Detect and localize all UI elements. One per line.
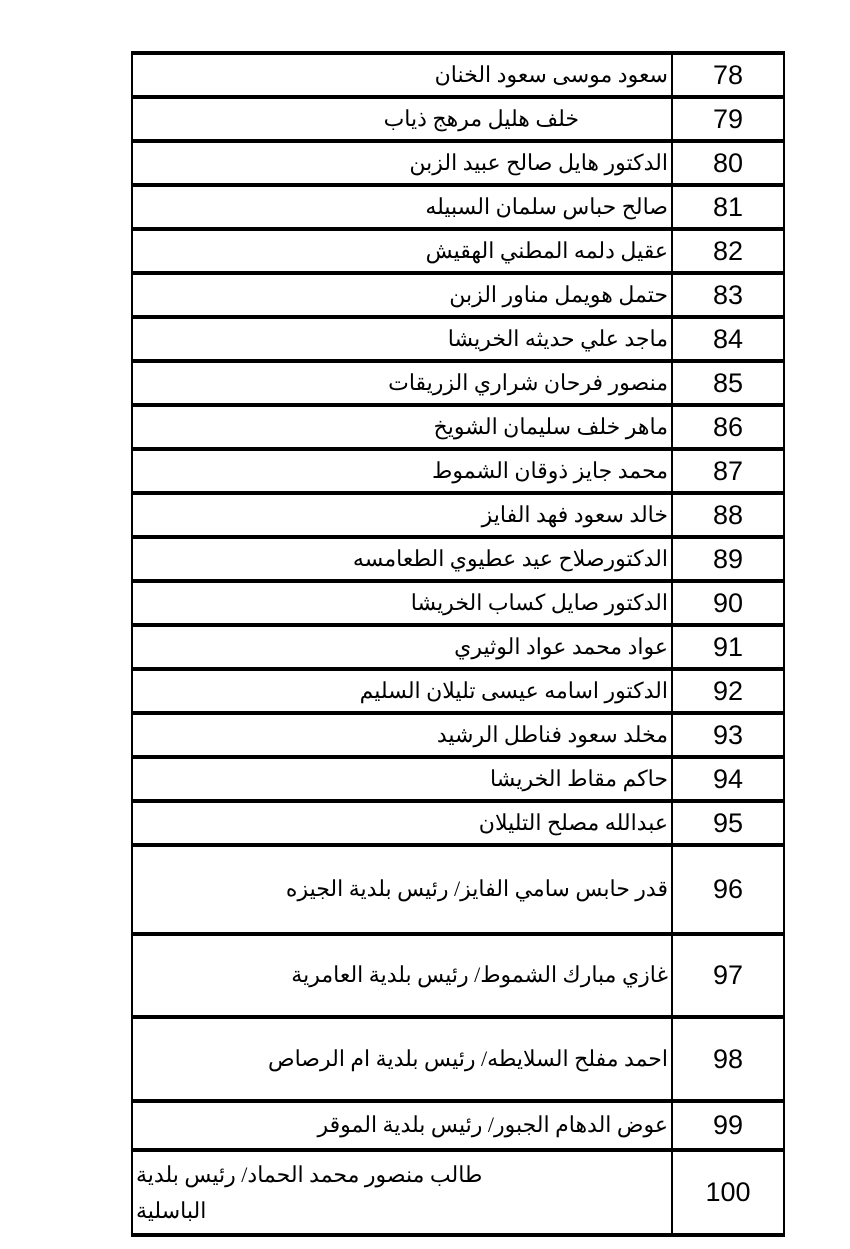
name-cell: طالب منصور محمد الحماد/ رئيس بلدية الباس… (133, 1150, 671, 1235)
name-cell: خالد سعود فهد الفايز (133, 493, 671, 537)
serial-number-cell: 92 (671, 669, 783, 713)
table-row: 100 طالب منصور محمد الحماد/ رئيس بلدية ا… (133, 1150, 783, 1235)
serial-number-cell: 89 (671, 537, 783, 581)
name-cell: صالح حباس سلمان السبيله (133, 185, 671, 229)
table-row: 97 غازي مبارك الشموط/ رئيس بلدية العامري… (133, 934, 783, 1017)
table-row: 99 عوض الدهام الجبور/ رئيس بلدية الموقر (133, 1101, 783, 1150)
table-row: 81 صالح حباس سلمان السبيله (133, 185, 783, 229)
serial-number-cell: 88 (671, 493, 783, 537)
table-row: 98 احمد مفلح السلايطه/ رئيس بلدية ام الر… (133, 1017, 783, 1101)
table-row: 80 الدكتور هايل صالح عبيد الزبن (133, 141, 783, 185)
name-cell: حاكم مقاط الخريشا (133, 757, 671, 801)
table-row: 93 مخلد سعود فناطل الرشيد (133, 713, 783, 757)
serial-number-cell: 95 (671, 801, 783, 845)
serial-number-cell: 80 (671, 141, 783, 185)
table-row: 90 الدكتور صايل كساب الخريشا (133, 581, 783, 625)
serial-number-cell: 87 (671, 449, 783, 493)
table-row: 89 الدكتورصلاح عيد عطيوي الطعامسه (133, 537, 783, 581)
table-row: 78 سعود موسى سعود الخنان (133, 53, 783, 97)
name-cell: ماهر خلف سليمان الشويخ (133, 405, 671, 449)
serial-number-cell: 78 (671, 53, 783, 97)
serial-number-cell: 99 (671, 1101, 783, 1150)
name-cell: الدكتور صايل كساب الخريشا (133, 581, 671, 625)
table-row: 88 خالد سعود فهد الفايز (133, 493, 783, 537)
serial-number-cell: 96 (671, 845, 783, 934)
table-row: 91 عواد محمد عواد الوثيري (133, 625, 783, 669)
name-cell: احمد مفلح السلايطه/ رئيس بلدية ام الرصاص (133, 1017, 671, 1101)
table-row: 92 الدكتور اسامه عيسى تليلان السليم (133, 669, 783, 713)
serial-number-cell: 91 (671, 625, 783, 669)
name-cell: قدر حابس سامي الفايز/ رئيس بلدية الجيزه (133, 845, 671, 934)
serial-number-cell: 90 (671, 581, 783, 625)
serial-number-cell: 97 (671, 934, 783, 1017)
name-cell: سعود موسى سعود الخنان (133, 53, 671, 97)
table-row: 79 خلف هليل مرهج ذياب (133, 97, 783, 141)
table-row: 82 عقيل دلمه المطني الهقيش (133, 229, 783, 273)
table-row: 84 ماجد علي حديثه الخريشا (133, 317, 783, 361)
serial-number-cell: 94 (671, 757, 783, 801)
name-cell: مخلد سعود فناطل الرشيد (133, 713, 671, 757)
name-cell: ماجد علي حديثه الخريشا (133, 317, 671, 361)
name-cell: الدكتورصلاح عيد عطيوي الطعامسه (133, 537, 671, 581)
table-row: 87 محمد جايز ذوقان الشموط (133, 449, 783, 493)
document-page: 78 سعود موسى سعود الخنان 79 خلف هليل مره… (0, 0, 850, 1249)
table-row: 96 قدر حابس سامي الفايز/ رئيس بلدية الجي… (133, 845, 783, 934)
name-cell: منصور فرحان شراري الزريقات (133, 361, 671, 405)
table-row: 94 حاكم مقاط الخريشا (133, 757, 783, 801)
names-table-body: 78 سعود موسى سعود الخنان 79 خلف هليل مره… (133, 53, 783, 1235)
name-cell: محمد جايز ذوقان الشموط (133, 449, 671, 493)
name-cell: غازي مبارك الشموط/ رئيس بلدية العامرية (133, 934, 671, 1017)
table-row: 85 منصور فرحان شراري الزريقات (133, 361, 783, 405)
name-cell: حتمل هويمل مناور الزبن (133, 273, 671, 317)
serial-number-cell: 86 (671, 405, 783, 449)
table-row: 86 ماهر خلف سليمان الشويخ (133, 405, 783, 449)
name-cell: الدكتور هايل صالح عبيد الزبن (133, 141, 671, 185)
serial-number-cell: 100 (671, 1150, 783, 1235)
table-row: 95 عبدالله مصلح التليلان (133, 801, 783, 845)
serial-number-cell: 79 (671, 97, 783, 141)
serial-number-cell: 98 (671, 1017, 783, 1101)
name-cell: عبدالله مصلح التليلان (133, 801, 671, 845)
names-table: 78 سعود موسى سعود الخنان 79 خلف هليل مره… (131, 51, 785, 1237)
serial-number-cell: 83 (671, 273, 783, 317)
name-cell: عواد محمد عواد الوثيري (133, 625, 671, 669)
name-cell: عقيل دلمه المطني الهقيش (133, 229, 671, 273)
serial-number-cell: 93 (671, 713, 783, 757)
table-row: 83 حتمل هويمل مناور الزبن (133, 273, 783, 317)
serial-number-cell: 81 (671, 185, 783, 229)
name-cell: عوض الدهام الجبور/ رئيس بلدية الموقر (133, 1101, 671, 1150)
serial-number-cell: 85 (671, 361, 783, 405)
serial-number-cell: 82 (671, 229, 783, 273)
serial-number-cell: 84 (671, 317, 783, 361)
name-cell: خلف هليل مرهج ذياب (133, 97, 671, 141)
name-cell: الدكتور اسامه عيسى تليلان السليم (133, 669, 671, 713)
